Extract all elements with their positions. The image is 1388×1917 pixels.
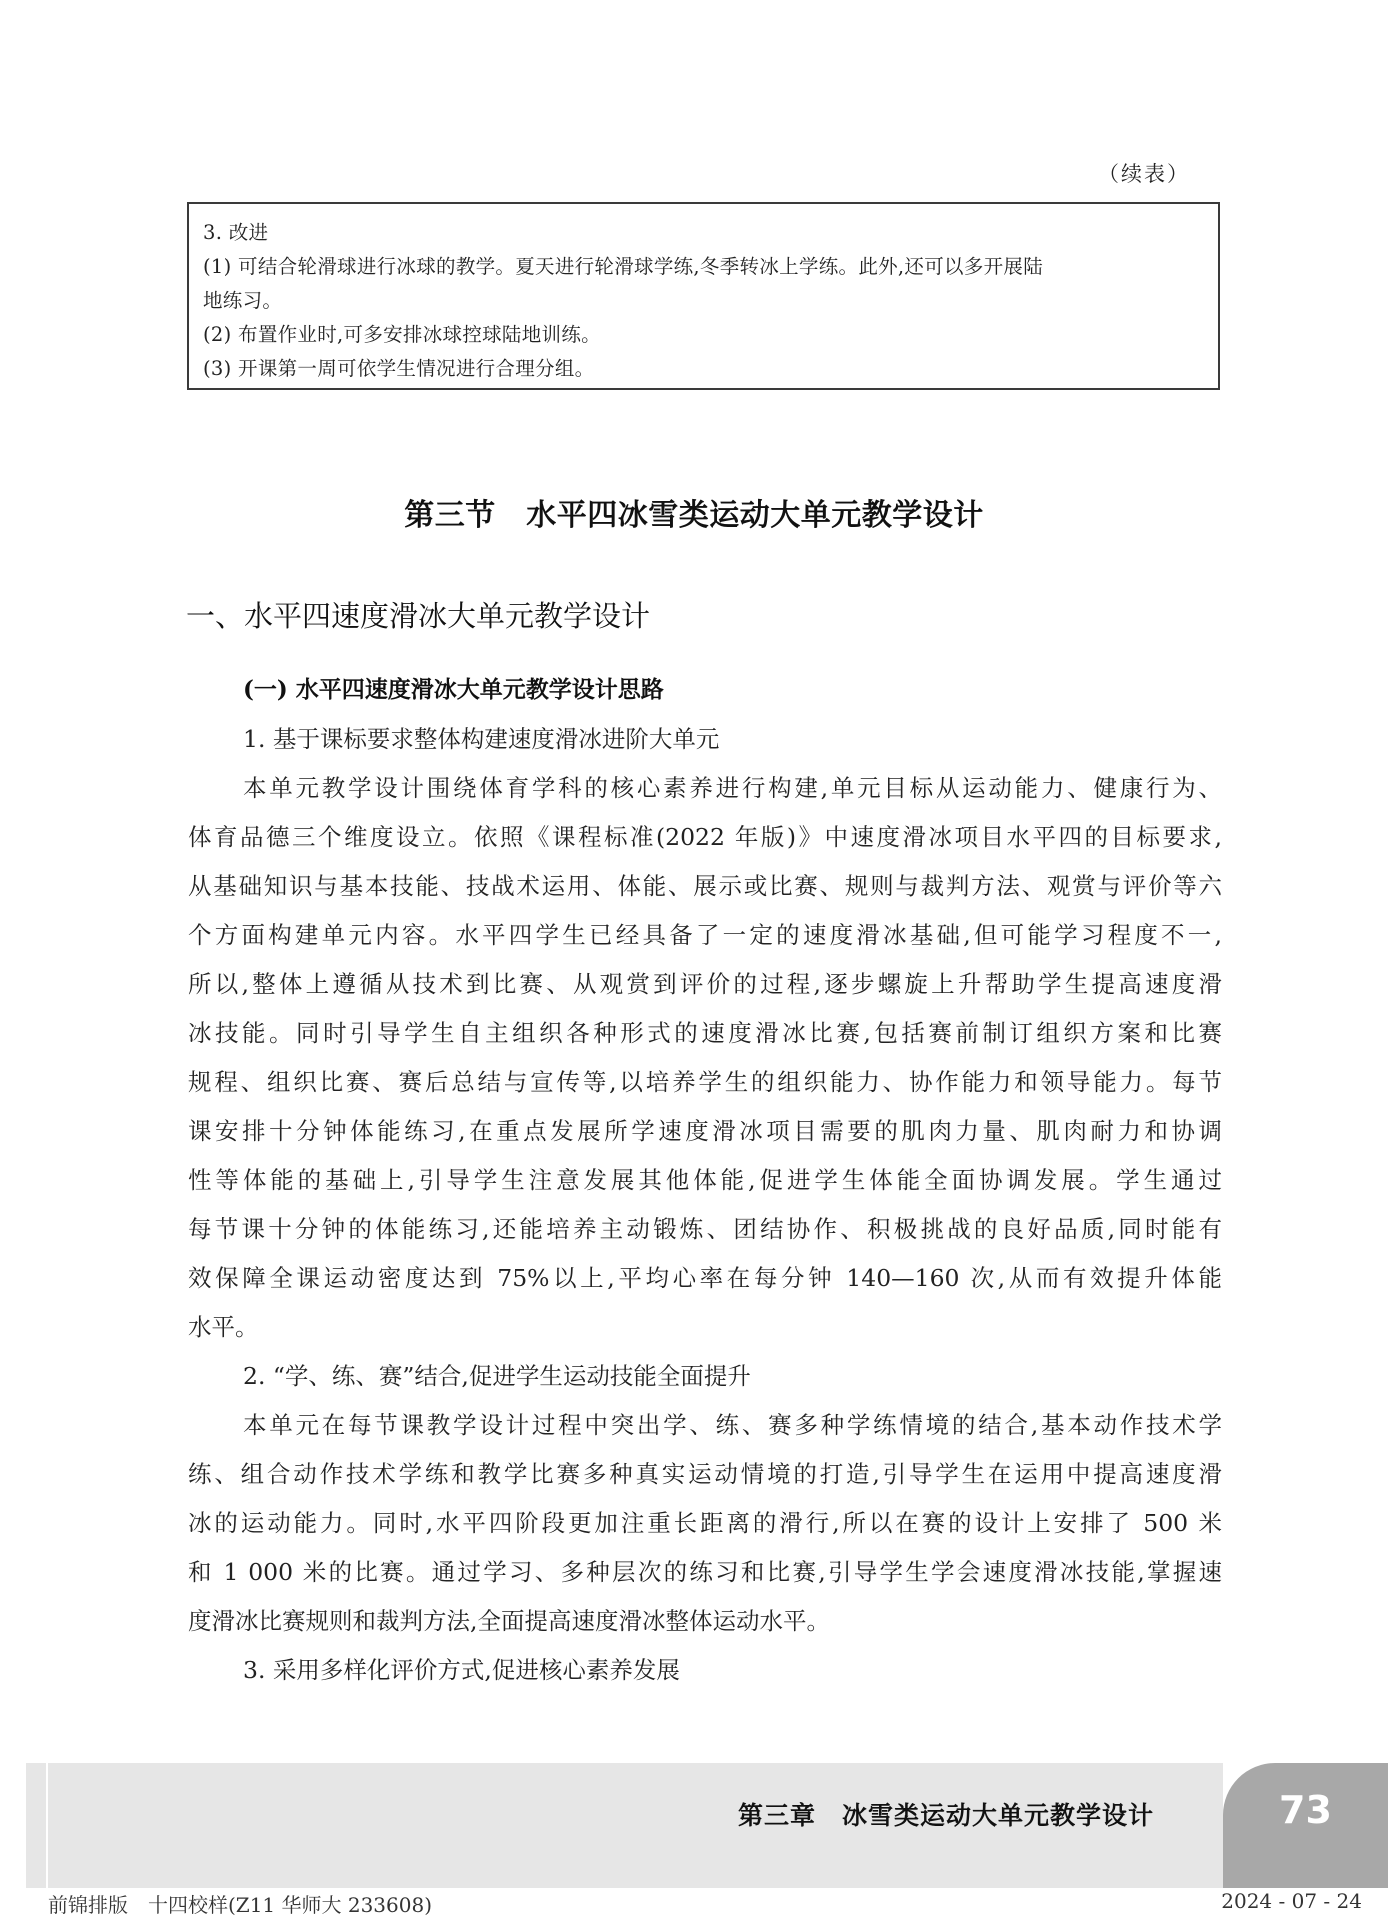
heading-level-2: (一) 水平四速度滑冰大单元教学设计思路 [243,671,664,704]
heading-level-1: 一、水平四速度滑冰大单元教学设计 [186,594,650,635]
paragraph-line: 体育品德三个维度设立。依照《课程标准(2022 年版)》中速度滑冰项目水平四的目… [188,813,1222,862]
print-proof-info: 前锦排版 十四校样(Z11 华师大 233608) [48,1889,432,1917]
paragraph-line: 性等体能的基础上,引导学生注意发展其他体能,促进学生体能全面协调发展。学生通过 [188,1156,1222,1205]
paragraph-line: 从基础知识与基本技能、技战术运用、体能、展示或比赛、规则与裁判方法、观赏与评价等… [188,862,1222,911]
paragraph-line: 水平。 [188,1303,1222,1352]
paragraph-line: 效保障全课运动密度达到 75%以上,平均心率在每分钟 140—160 次,从而有… [188,1254,1222,1303]
print-date: 2024 - 07 - 24 [1221,1889,1362,1913]
paragraph-line: 每节课十分钟的体能练习,还能培养主动锻炼、团结协作、积极挑战的良好品质,同时能有 [188,1205,1222,1254]
paragraph-line: 本单元教学设计围绕体育学科的核心素养进行构建,单元目标从运动能力、健康行为、 [188,764,1222,813]
paragraph-line: 规程、组织比赛、赛后总结与宣传等,以培养学生的组织能力、协作能力和领导能力。每节 [188,1058,1222,1107]
paragraph-line: 冰技能。同时引导学生自主组织各种形式的速度滑冰比赛,包括赛前制订组织方案和比赛 [188,1009,1222,1058]
subheading-2: 2. “学、练、赛”结合,促进学生运动技能全面提升 [188,1352,1222,1401]
paragraph-line: 练、组合动作技术学练和教学比赛多种真实运动情境的打造,引导学生在运用中提高速度滑 [188,1450,1222,1499]
paragraph-line: 本单元在每节课教学设计过程中突出学、练、赛多种学练情境的结合,基本动作技术学 [188,1401,1222,1450]
continued-table-label: （续表） [1098,158,1190,188]
note-line: (2) 布置作业时,可多安排冰球控球陆地训练。 [203,318,1204,352]
running-chapter-title: 第三章 冰雪类运动大单元教学设计 [738,1796,1154,1832]
footer-divider [46,1763,48,1888]
subheading-3: 3. 采用多样化评价方式,促进核心素养发展 [188,1646,1222,1695]
note-line: 地练习。 [203,284,1204,318]
paragraph-line: 度滑冰比赛规则和裁判方法,全面提高速度滑冰整体运动水平。 [188,1597,1222,1646]
paragraph-line: 个方面构建单元内容。水平四学生已经具备了一定的速度滑冰基础,但可能学习程度不一, [188,911,1222,960]
paragraph-line: 课安排十分钟体能练习,在重点发展所学速度滑冰项目需要的肌肉力量、肌肉耐力和协调 [188,1107,1222,1156]
continued-table-box: 3. 改进 (1) 可结合轮滑球进行冰球的教学。夏天进行轮滑球学练,冬季转冰上学… [187,202,1220,390]
body-text: 1. 基于课标要求整体构建速度滑冰进阶大单元 本单元教学设计围绕体育学科的核心素… [188,715,1222,1695]
note-line: (1) 可结合轮滑球进行冰球的教学。夏天进行轮滑球学练,冬季转冰上学练。此外,还… [203,250,1204,284]
paragraph-line: 和 1 000 米的比赛。通过学习、多种层次的练习和比赛,引导学生学会速度滑冰技… [188,1548,1222,1597]
subheading-1: 1. 基于课标要求整体构建速度滑冰进阶大单元 [188,715,1222,764]
paragraph-line: 所以,整体上遵循从技术到比赛、从观赏到评价的过程,逐步螺旋上升帮助学生提高速度滑 [188,960,1222,1009]
note-line: (3) 开课第一周可依学生情况进行合理分组。 [203,352,1204,386]
note-line: 3. 改进 [203,216,1204,250]
paragraph-line: 冰的运动能力。同时,水平四阶段更加注重长距离的滑行,所以在赛的设计上安排了 50… [188,1499,1222,1548]
page-number: 73 [1223,1788,1388,1832]
section-title: 第三节 水平四冰雪类运动大单元教学设计 [0,490,1388,534]
